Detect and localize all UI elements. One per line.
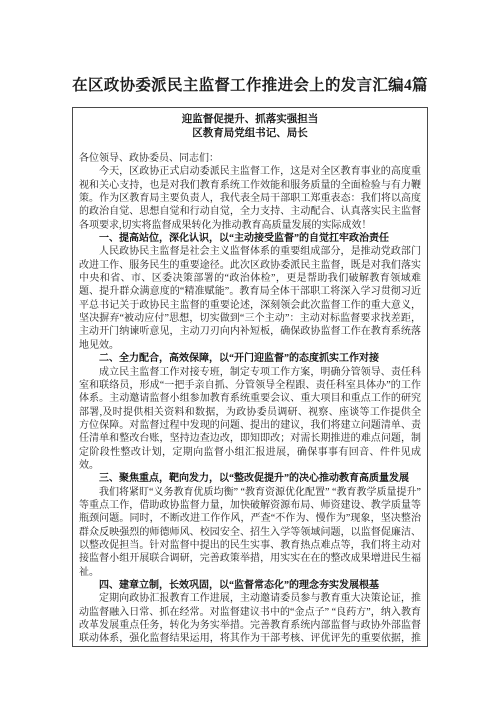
section-heading-4: 四、建章立制，长效巩固，以“监督常态化”的理念夯实发展根基	[79, 579, 421, 592]
document-title: 在区政协委派民主监督工作推进会上的发言汇编4篇	[0, 0, 500, 96]
paragraph: 定期向政协汇报教育工作进展，主动邀请委员参与教育重大决策论证，推动监督融入日常、…	[79, 592, 421, 647]
paragraph: 今天，区政协正式启动委派民主监督工作，这是对全区教育事业的高度重视和关心支持，也…	[79, 165, 421, 232]
speech-title: 迎监督促提升、抓落实强担当	[79, 113, 421, 127]
document-page: 在区政协委派民主监督工作推进会上的发言汇编4篇 迎监督促提升、抓落实强担当 区教…	[0, 0, 500, 707]
section-heading-2: 二、全力配合，高效保障，以“开门迎监督”的态度抓实工作对接	[79, 352, 421, 365]
speech-content-box: 迎监督促提升、抓落实强担当 区教育局党组书记、局长 各位领导、政协委员、同志们：…	[72, 107, 428, 647]
salutation: 各位领导、政协委员、同志们：	[79, 152, 421, 165]
paragraph: 人民政协民主监督是社会主义监督体系的重要组成部分，是推动党政部门改进工作、服务民…	[79, 245, 421, 352]
section-heading-3: 三、聚焦重点，靶向发力，以“整改促提升”的决心推动教育高质量发展	[79, 472, 421, 485]
speech-speaker: 区教育局党组书记、局长	[79, 127, 421, 141]
paragraph: 成立民主监督工作对接专班，制定专项工作方案，明确分管领导、责任科室和联络员，形成…	[79, 366, 421, 473]
paragraph: 我们将紧盯“义务教育优质均衡” “教育资源优化配置” “教育教学质量提升”等重点…	[79, 486, 421, 579]
section-heading-1: 一、提高站位，深化认识，以“主动接受监督”的自觉扛牢政治责任	[79, 232, 421, 245]
